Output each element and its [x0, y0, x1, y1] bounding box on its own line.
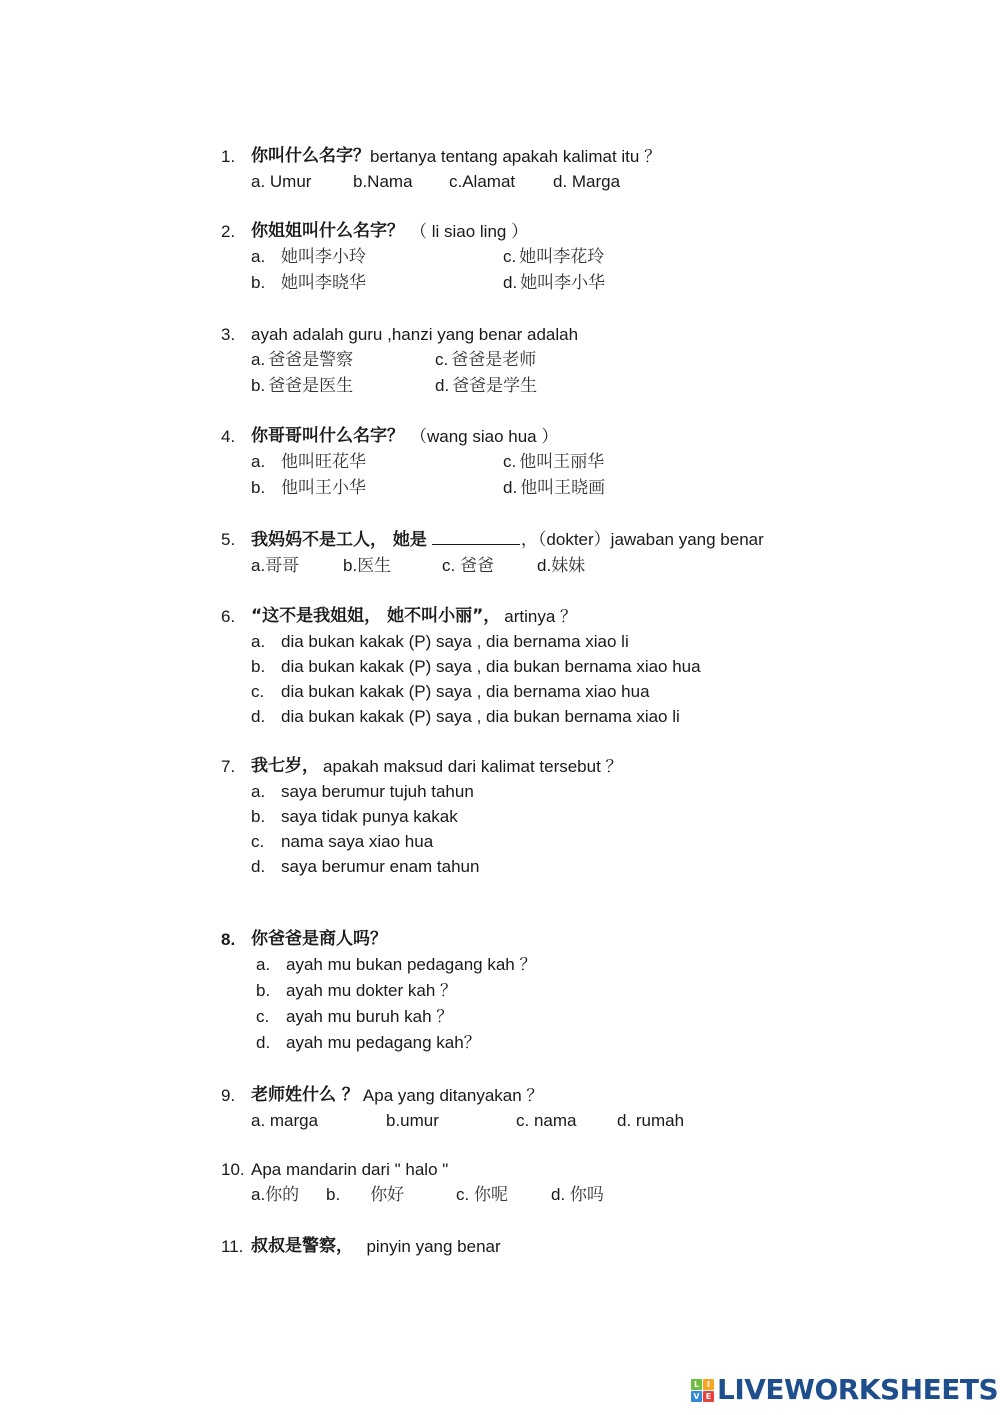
question-prompt-pinyin: （wang siao hua ） — [410, 424, 558, 449]
logo-blocks-icon: L I V E — [691, 1379, 714, 1402]
question-number: 6. — [221, 604, 251, 629]
question-prompt-chinese: “这不是我姐姐， 她不叫小丽”， — [251, 604, 500, 629]
option-d[interactable]: d. dia bukan kakak (P) saya , dia bukan … — [251, 704, 701, 729]
option-a[interactable]: a. 爸爸是警察 — [251, 347, 435, 373]
option-b[interactable]: b.umur — [386, 1108, 516, 1133]
question-prompt-indonesian: ayah adalah guru ,hanzi yang benar adala… — [251, 322, 578, 347]
option-c[interactable]: c. 爸爸 — [442, 553, 537, 579]
option-b[interactable]: b. 爸爸是医生 — [251, 373, 435, 399]
question-5: 5. 我妈妈不是工人， 她是 ，（dokter）jawaban yang ben… — [221, 527, 764, 579]
question-number: 8. — [221, 927, 251, 952]
option-c[interactable]: c. dia bukan kakak (P) saya , dia bernam… — [251, 679, 701, 704]
question-10: 10. Apa mandarin dari " halo " a.你的 b.你好… — [221, 1157, 604, 1208]
question-number: 4. — [221, 424, 251, 449]
option-d[interactable]: d.妹妹 — [537, 553, 585, 579]
option-b[interactable]: b. 他叫王小华 — [251, 475, 503, 501]
question-prompt-chinese: 叔叔是警察， — [251, 1234, 353, 1259]
option-b[interactable]: b. 她叫李晓华 — [251, 270, 503, 296]
question-number: 1. — [221, 144, 251, 169]
option-d[interactable]: d. 他叫王晓画 — [503, 475, 703, 501]
option-c[interactable]: c. nama saya xiao hua — [251, 829, 623, 854]
option-c[interactable]: c. 她叫李花玲 — [503, 244, 703, 270]
option-b[interactable]: b. ayah mu dokter kah ？ — [256, 978, 536, 1004]
question-prompt-indonesian: pinyin yang benar — [357, 1234, 501, 1259]
question-number: 7. — [221, 754, 251, 779]
question-11: 11. 叔叔是警察， pinyin yang benar — [221, 1234, 501, 1259]
logo-block-i: I — [703, 1379, 714, 1390]
option-c[interactable]: c. 你呢 — [456, 1182, 551, 1208]
option-b[interactable]: b. dia bukan kakak (P) saya , dia bukan … — [251, 654, 701, 679]
question-prompt-indonesian: Apa mandarin dari " halo " — [251, 1157, 448, 1182]
question-prompt-indonesian: ，（dokter）jawaban yang benar — [521, 527, 764, 552]
option-a[interactable]: a. saya berumur tujuh tahun — [251, 779, 623, 804]
option-d[interactable]: d. 她叫李小华 — [503, 270, 703, 296]
question-prompt-indonesian: bertanya tentang apakah kalimat itu ？ — [370, 144, 661, 169]
question-number: 5. — [221, 527, 251, 552]
option-c[interactable]: c. nama — [516, 1108, 617, 1133]
question-prompt-chinese: 你爸爸是商人吗？ — [251, 927, 387, 952]
option-a[interactable]: a. dia bukan kakak (P) saya , dia bernam… — [251, 629, 701, 654]
option-b[interactable]: b. saya tidak punya kakak — [251, 804, 623, 829]
question-prompt-chinese: 你哥哥叫什么名字？ — [251, 424, 404, 449]
question-number: 11. — [221, 1234, 251, 1259]
option-d[interactable]: d. rumah — [617, 1108, 684, 1133]
option-d[interactable]: d. ayah mu pedagang kah？ — [256, 1030, 536, 1056]
question-number: 10. — [221, 1157, 251, 1182]
question-number: 2. — [221, 219, 251, 244]
question-9: 9. 老师姓什么 ？ Apa yang ditanyakan ？ a. marg… — [221, 1083, 684, 1133]
option-c[interactable]: c.Alamat — [449, 169, 553, 194]
option-a[interactable]: a. ayah mu bukan pedagang kah ？ — [256, 952, 536, 978]
question-8: 8. 你爸爸是商人吗？ a. ayah mu bukan pedagang ka… — [221, 927, 536, 1056]
option-a[interactable]: a. Umur — [251, 169, 353, 194]
option-c[interactable]: c. 他叫王丽华 — [503, 449, 703, 475]
option-b[interactable]: b.Nama — [353, 169, 449, 194]
option-a[interactable]: a. 她叫李小玲 — [251, 244, 503, 270]
worksheet-page: 1. 你叫什么名字？ bertanya tentang apakah kalim… — [0, 0, 1000, 1415]
logo-block-v: V — [691, 1391, 702, 1402]
option-a[interactable]: a.你的 — [251, 1182, 326, 1208]
logo-block-e: E — [703, 1391, 714, 1402]
option-b[interactable]: b.你好 — [326, 1182, 456, 1208]
option-a[interactable]: a. 他叫旺花华 — [251, 449, 503, 475]
option-c[interactable]: c. ayah mu buruh kah ？ — [256, 1004, 536, 1030]
option-b[interactable]: b.医生 — [343, 553, 442, 579]
question-1: 1. 你叫什么名字？ bertanya tentang apakah kalim… — [221, 144, 661, 194]
logo-block-l: L — [691, 1379, 702, 1390]
question-prompt-pinyin: （ li siao ling ） — [410, 219, 528, 244]
option-a[interactable]: a.哥哥 — [251, 553, 343, 579]
logo-text: LIVEWORKSHEETS — [717, 1375, 998, 1405]
option-d[interactable]: d. Marga — [553, 169, 620, 194]
option-d[interactable]: d. 你吗 — [551, 1182, 604, 1208]
answer-blank[interactable] — [432, 527, 520, 545]
question-4: 4. 你哥哥叫什么名字？ （wang siao hua ） a. 他叫旺花华 c… — [221, 424, 703, 501]
question-number: 9. — [221, 1083, 251, 1108]
question-7: 7. 我七岁， apakah maksud dari kalimat terse… — [221, 754, 623, 879]
question-3: 3. ayah adalah guru ,hanzi yang benar ad… — [221, 322, 635, 399]
question-prompt-chinese: 你姐姐叫什么名字？ — [251, 219, 404, 244]
option-d[interactable]: d. saya berumur enam tahun — [251, 854, 623, 879]
option-a[interactable]: a. marga — [251, 1108, 386, 1133]
question-prompt-indonesian: apakah maksud dari kalimat tersebut ？ — [323, 754, 623, 779]
option-d[interactable]: d. 爸爸是学生 — [435, 373, 635, 399]
question-prompt-chinese: 老师姓什么 ？ — [251, 1083, 359, 1108]
question-prompt-chinese: 我七岁， — [251, 754, 319, 779]
question-2: 2. 你姐姐叫什么名字？ （ li siao ling ） a. 她叫李小玲 c… — [221, 219, 703, 296]
liveworksheets-logo: L I V E LIVEWORKSHEETS — [691, 1375, 998, 1405]
question-6: 6. “这不是我姐姐， 她不叫小丽”， artinya ？ a. dia buk… — [221, 604, 701, 729]
question-prompt-chinese: 你叫什么名字？ — [251, 144, 370, 169]
question-prompt-chinese: 我妈妈不是工人， 她是 — [251, 528, 427, 553]
question-prompt-indonesian: artinya ？ — [504, 604, 577, 629]
option-c[interactable]: c. 爸爸是老师 — [435, 347, 635, 373]
question-number: 3. — [221, 322, 251, 347]
question-prompt-indonesian: Apa yang ditanyakan ？ — [363, 1083, 544, 1108]
